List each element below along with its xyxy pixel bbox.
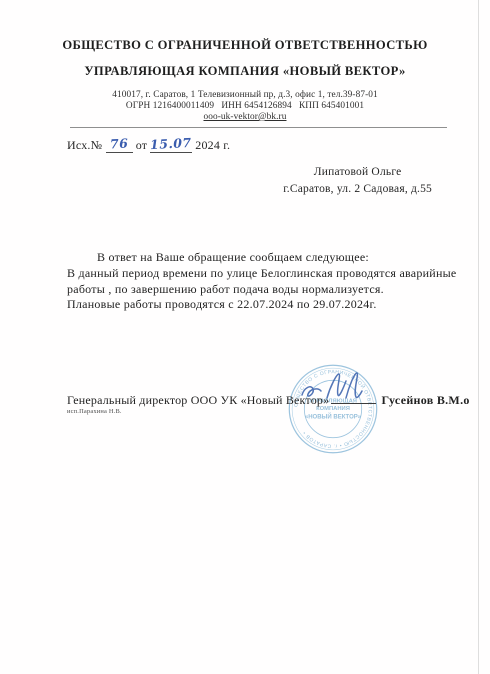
outgoing-reference-line: Исх.№ 76 от 15.07 2024 г. bbox=[67, 137, 230, 153]
recipient-block: Липатовой Ольге г.Саратов, ул. 2 Садовая… bbox=[283, 164, 432, 197]
body-line: работы , по завершению работ подача воды… bbox=[67, 282, 457, 298]
letter-body: В ответ на Ваше обращение сообщаем следу… bbox=[67, 250, 457, 313]
executor-note: исп.Парахина Н.В. bbox=[67, 408, 122, 415]
ref-date-handwritten: 15.07 bbox=[150, 136, 192, 151]
handwritten-signature-icon bbox=[297, 369, 371, 407]
org-email-link[interactable]: ooo-uk-vektor@bk.ru bbox=[203, 112, 286, 122]
org-email-row: ooo-uk-vektor@bk.ru bbox=[0, 112, 490, 122]
ref-middle-label: от bbox=[136, 138, 148, 152]
recipient-name: Липатовой Ольге bbox=[283, 164, 432, 181]
stamp-center-line3: «НОВЫЙ ВЕКТОР» bbox=[305, 412, 362, 420]
scan-edge-artifact bbox=[478, 0, 480, 674]
body-line: В данный период времени по улице Белогли… bbox=[67, 266, 457, 282]
ref-date-slot: 15.07 bbox=[150, 137, 192, 153]
letter-document: ОБЩЕСТВО С ОГРАНИЧЕННОЙ ОТВЕТСТВЕННОСТЬЮ… bbox=[0, 0, 490, 674]
ref-year-label: 2024 г. bbox=[195, 138, 230, 152]
ref-prefix-label: Исх.№ bbox=[67, 138, 102, 152]
ref-number-slot: 76 bbox=[106, 137, 133, 153]
recipient-address: г.Саратов, ул. 2 Садовая, д.55 bbox=[283, 181, 432, 198]
body-line: В ответ на Ваше обращение сообщаем следу… bbox=[67, 250, 457, 266]
signature-row: Генеральный директор ООО УК «Новый Векто… bbox=[67, 391, 467, 408]
org-type-heading: ОБЩЕСТВО С ОГРАНИЧЕННОЙ ОТВЕТСТВЕННОСТЬЮ bbox=[0, 38, 490, 53]
org-name-heading: УПРАВЛЯЮЩАЯ КОМПАНИЯ «НОВЫЙ ВЕКТОР» bbox=[0, 64, 490, 79]
body-line: Плановые работы проводятся с 22.07.2024 … bbox=[67, 297, 457, 313]
org-registration-line: ОГРН 1216400011409 ИНН 6454126894 КПП 64… bbox=[0, 101, 490, 111]
signer-title: Генеральный директор ООО УК «Новый Векто… bbox=[67, 393, 329, 407]
signer-name: Гусейнов В.М.о bbox=[382, 393, 470, 407]
org-address-line: 410017, г. Саратов, 1 Телевизионный пр, … bbox=[0, 90, 490, 100]
letterhead-divider bbox=[70, 127, 447, 128]
ref-number-handwritten: 76 bbox=[109, 137, 128, 151]
